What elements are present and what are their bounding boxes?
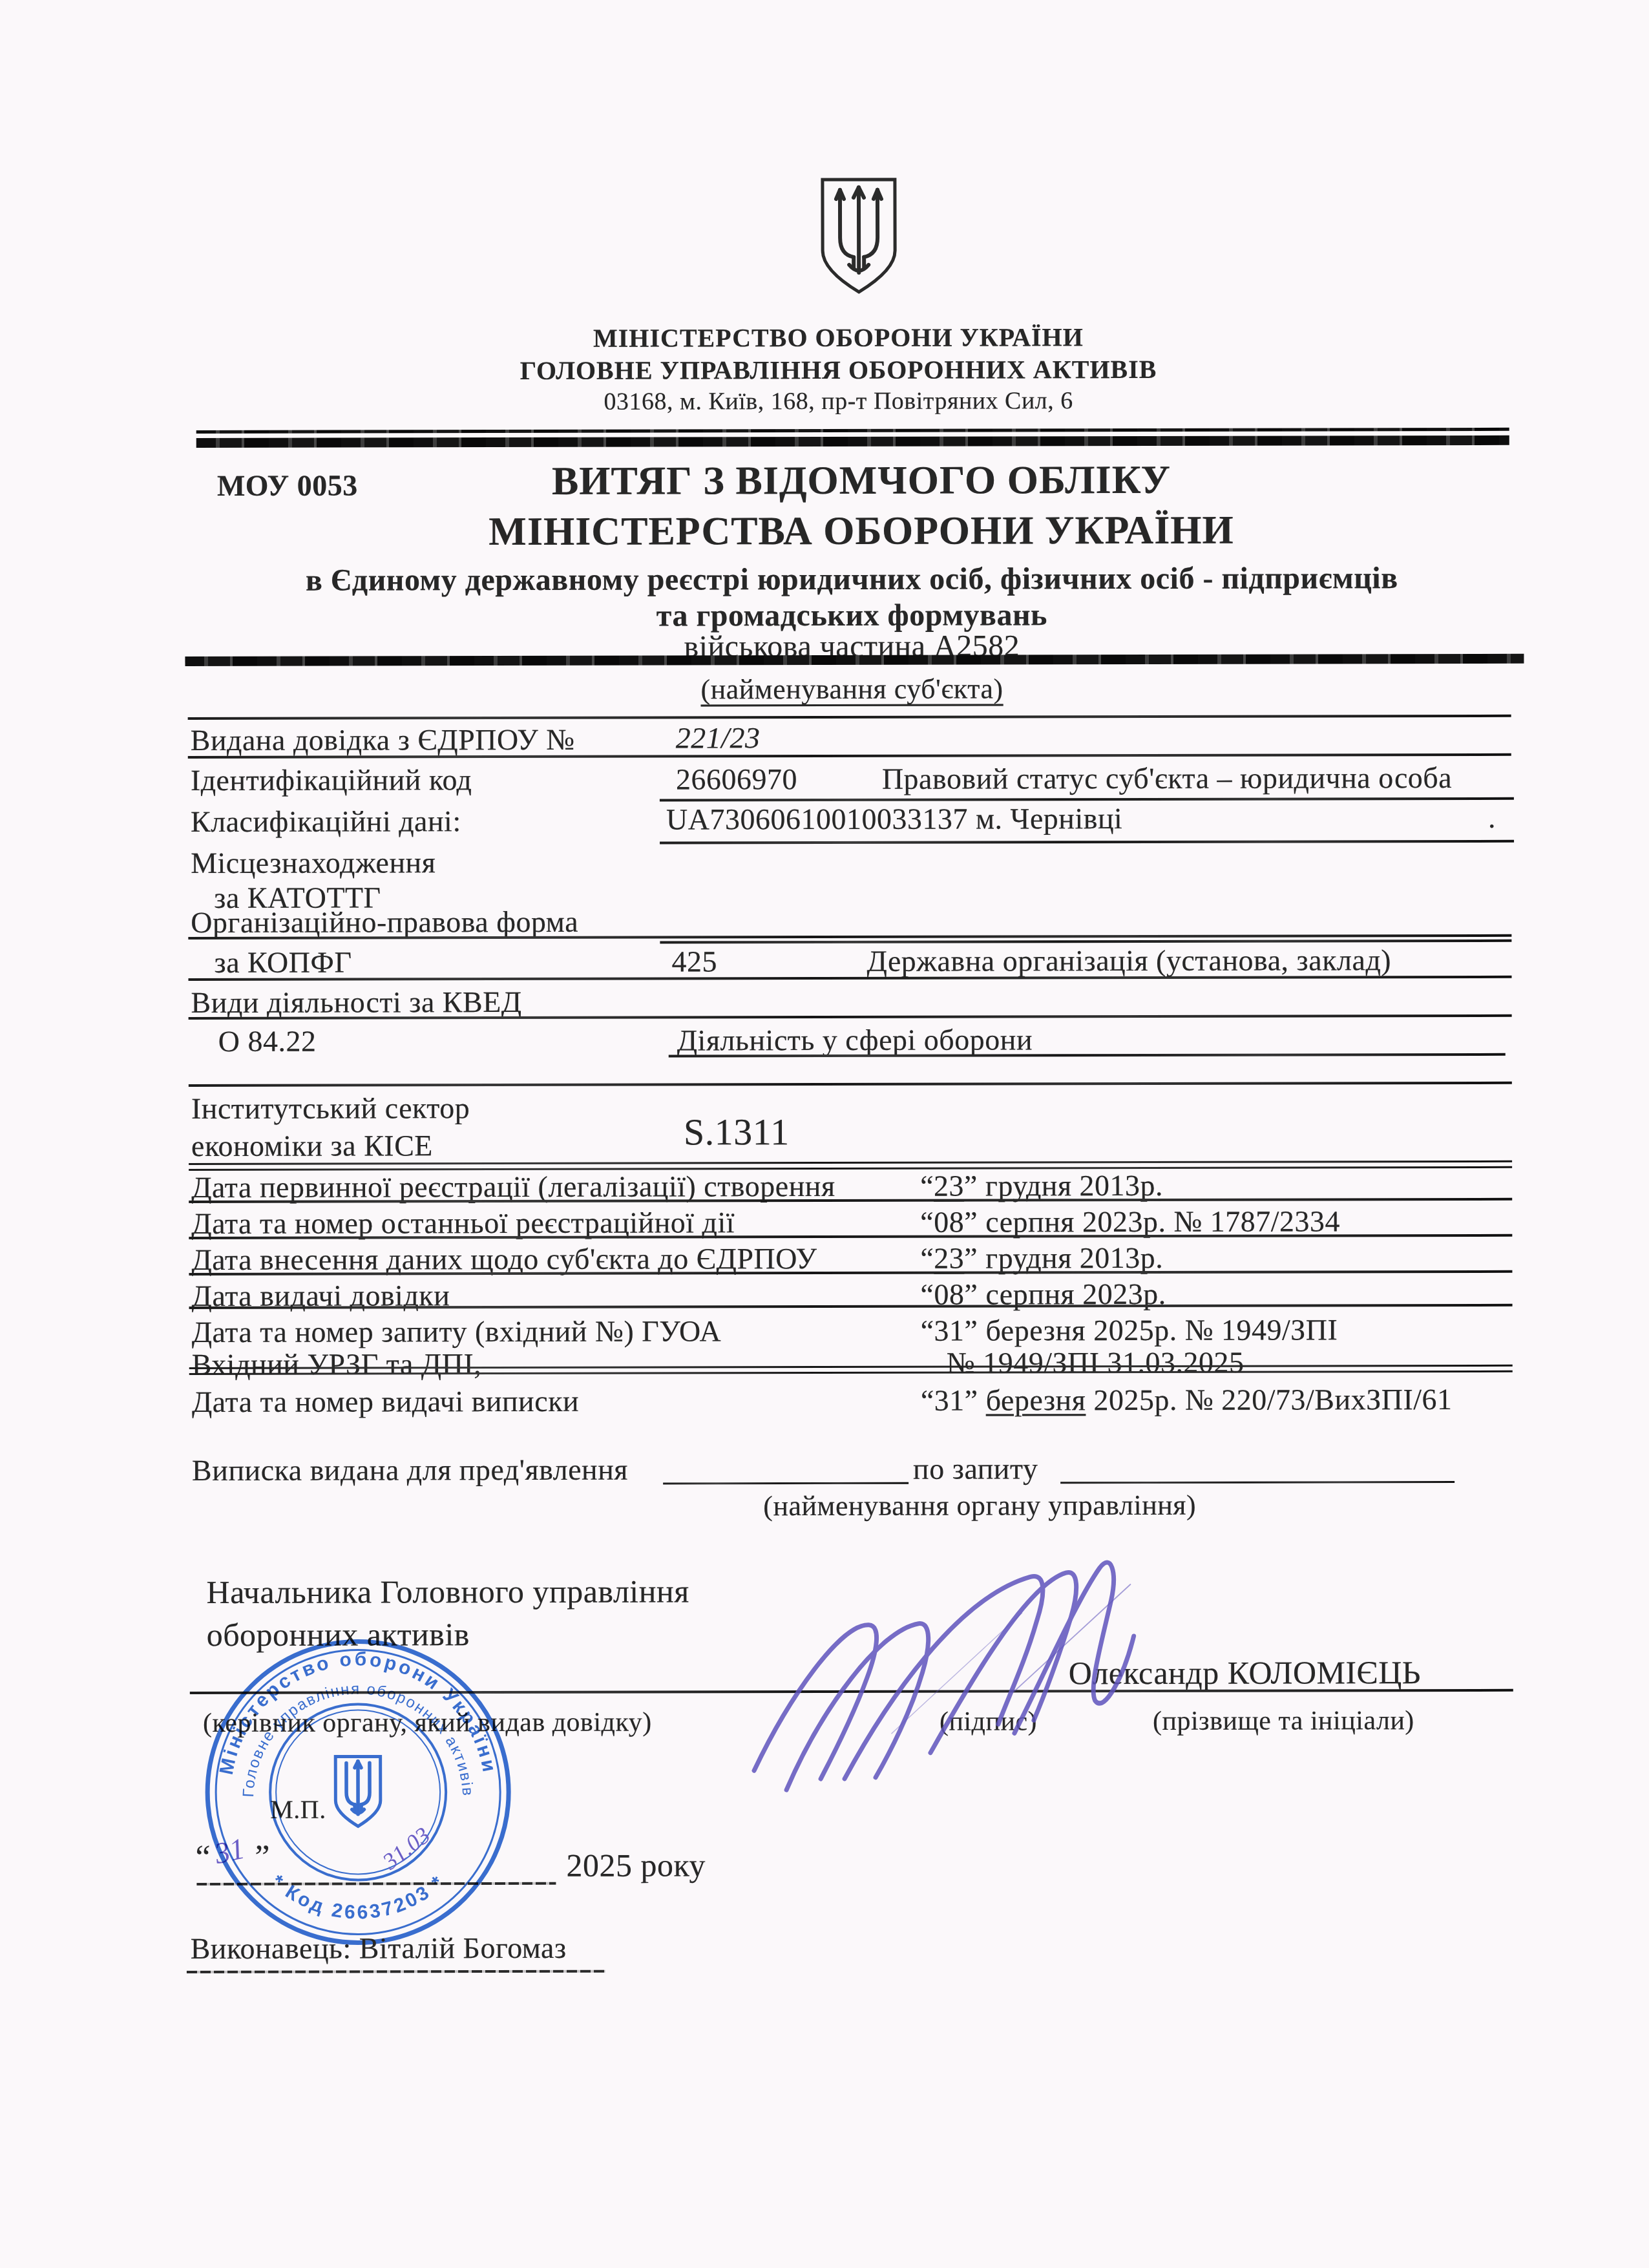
field-value-edrpou: 221/23 <box>676 722 761 753</box>
issuance-caption: (найменування органу управління) <box>333 1489 1626 1522</box>
issuance-value: по запиту <box>913 1453 1038 1484</box>
field-value-ident-code: 26606970 <box>676 764 797 795</box>
subject-caption: (найменування суб'єкта) <box>189 673 1515 706</box>
quote-open: “ <box>921 1314 934 1347</box>
document-title-line1: ВИТЯГ З ВІДОМЧОГО ОБЛІКУ <box>199 459 1524 503</box>
quote-open: “ <box>920 1206 934 1239</box>
document-content: МІНІСТЕРСТВО ОБОРОНИ УКРАЇНИ ГОЛОВНЕ УПР… <box>0 0 1649 2268</box>
date-tail: грудня 2013р. <box>978 1169 1163 1202</box>
handwritten-signature <box>744 1540 1158 1800</box>
quote-close: ” <box>965 1314 978 1347</box>
svg-text:* Код 26637203 *: * Код 26637203 * <box>267 1871 449 1924</box>
executor-underline <box>187 1970 605 1973</box>
field-label-kise-line1: Інститутський сектор <box>191 1093 470 1124</box>
field-label-location: Місцезнаходження <box>191 847 436 879</box>
field-value-kopfg-name: Державна організація (установа, заклад) <box>867 945 1391 977</box>
field-value-kved-code: О 84.22 <box>218 1026 317 1057</box>
date-value-last-action: “08” серпня 2023р. № 1787/2334 <box>920 1206 1340 1237</box>
subject-caption-text: (найменування суб'єкта) <box>700 673 1003 705</box>
field-value-legal-status: Правовий статус суб'єкта – юридична особ… <box>882 762 1452 795</box>
ministry-name: МІНІСТЕРСТВО ОБОРОНИ УКРАЇНИ <box>192 323 1484 353</box>
date-label-incoming: Вхідний УРЗГ та ДПІ, <box>192 1349 482 1380</box>
field-value-katottg-code: UA73060610010033137 м. Чернівці <box>666 803 1122 835</box>
date-value-incoming: № 1949/ЗПІ 31.03.2025 <box>947 1347 1245 1379</box>
stamp-code-text: * Код 26637203 * <box>267 1871 449 1924</box>
date-tail: 2025р. № 220/73/ВихЗПІ/61 <box>1086 1383 1452 1416</box>
month-underlined: березня <box>986 1383 1086 1416</box>
rule <box>660 840 1514 845</box>
rule <box>1060 1481 1455 1484</box>
quote-open: “ <box>920 1170 934 1202</box>
field-value-classification-period: . <box>1488 803 1496 834</box>
date-label-request: Дата та номер запиту (вхідний №) ГУОА <box>192 1316 722 1348</box>
rule <box>663 1482 909 1485</box>
caption-name-initials: (прізвище та ініціали) <box>1153 1707 1414 1736</box>
field-value-kise: S.1311 <box>684 1113 790 1152</box>
rule <box>188 715 1511 720</box>
field-label-legal-form: Організаційно-правова форма <box>191 907 578 938</box>
day-value: 08 <box>934 1206 964 1239</box>
signer-position-line1: Начальника Головного управління <box>206 1574 689 1609</box>
executor-line: Виконавець: Віталій Богомаз <box>191 1933 567 1964</box>
date-label-first-registration: Дата первинної реєстрації (легалізації) … <box>191 1171 835 1203</box>
date-tail: серпня 2023р. № 1787/2334 <box>978 1204 1340 1238</box>
document-title-line2: МІНІСТЕРСТВА ОБОРОНИ УКРАЇНИ <box>199 509 1524 554</box>
quote-open: “ <box>920 1242 934 1275</box>
field-value-kved-name: Діяльність у сфері оборони <box>677 1024 1033 1056</box>
field-label-kise-line2: економіки за КІСЕ <box>191 1130 433 1162</box>
header-rule-thin <box>196 428 1509 434</box>
day-value: 31 <box>934 1384 965 1417</box>
title-rule <box>185 654 1524 666</box>
document-subtitle-line2: та громадських формувань <box>189 598 1515 633</box>
scanned-document-page: МІНІСТЕРСТВО ОБОРОНИ УКРАЇНИ ГОЛОВНЕ УПР… <box>0 0 1649 2268</box>
field-label-kopfg: за КОПФГ <box>214 947 352 978</box>
date-value-entered: “23” грудня 2013р. <box>920 1243 1163 1274</box>
day-value: 31 <box>934 1314 965 1347</box>
spacer <box>978 1383 986 1416</box>
year-label: 2025 року <box>566 1848 706 1882</box>
field-label-kved: Види діяльності за КВЕД <box>191 987 522 1018</box>
date-label-entered: Дата внесення даних щодо суб'єкта до ЄДР… <box>191 1243 817 1276</box>
field-label-classification: Класифікаційні дані: <box>191 806 461 837</box>
day-value: 23 <box>934 1242 964 1275</box>
quote-close: ” <box>964 1206 978 1239</box>
date-label-extract: Дата та номер видачі виписки <box>192 1386 579 1418</box>
rule <box>188 976 1511 981</box>
field-label-edrpou: Видана довідка з ЄДРПОУ № <box>191 724 575 756</box>
quote-close: ” <box>965 1384 978 1417</box>
quote-close: ” <box>964 1242 978 1275</box>
ministry-address: 03168, м. Київ, 168, пр-т Повітряних Сил… <box>193 388 1485 416</box>
day-value: 23 <box>934 1170 964 1202</box>
quote-open: “ <box>921 1384 934 1417</box>
rule <box>189 1082 1512 1087</box>
department-name: ГОЛОВНЕ УПРАВЛІННЯ ОБОРОННИХ АКТИВІВ <box>192 355 1484 385</box>
stamp-trident-icon <box>335 1756 381 1826</box>
date-value-first-registration: “23” грудня 2013р. <box>920 1170 1163 1202</box>
date-value-extract: “31” березня 2025р. № 220/73/ВихЗПІ/61 <box>921 1384 1453 1416</box>
quote-close: ” <box>964 1170 978 1202</box>
document-subtitle-line1: в Єдиному державному реєстрі юридичних о… <box>189 562 1515 597</box>
field-value-kopfg-code: 425 <box>671 946 717 977</box>
date-tail: березня 2025р. № 1949/ЗПІ <box>978 1313 1338 1347</box>
date-tail: грудня 2013р. <box>978 1241 1163 1275</box>
header-rule-thick <box>196 436 1509 448</box>
date-value-request: “31” березня 2025р. № 1949/ЗПІ <box>921 1314 1338 1346</box>
official-round-stamp: Міністерство оборони України Головне упр… <box>203 1637 514 1948</box>
trident-emblem-icon <box>816 174 901 297</box>
field-label-ident-code: Ідентифікаційний код <box>191 764 472 796</box>
rule <box>660 797 1514 802</box>
date-label-last-action: Дата та номер останньої реєстраційної ді… <box>191 1207 735 1239</box>
issuance-label: Виписка видана для пред'явлення <box>192 1454 628 1486</box>
